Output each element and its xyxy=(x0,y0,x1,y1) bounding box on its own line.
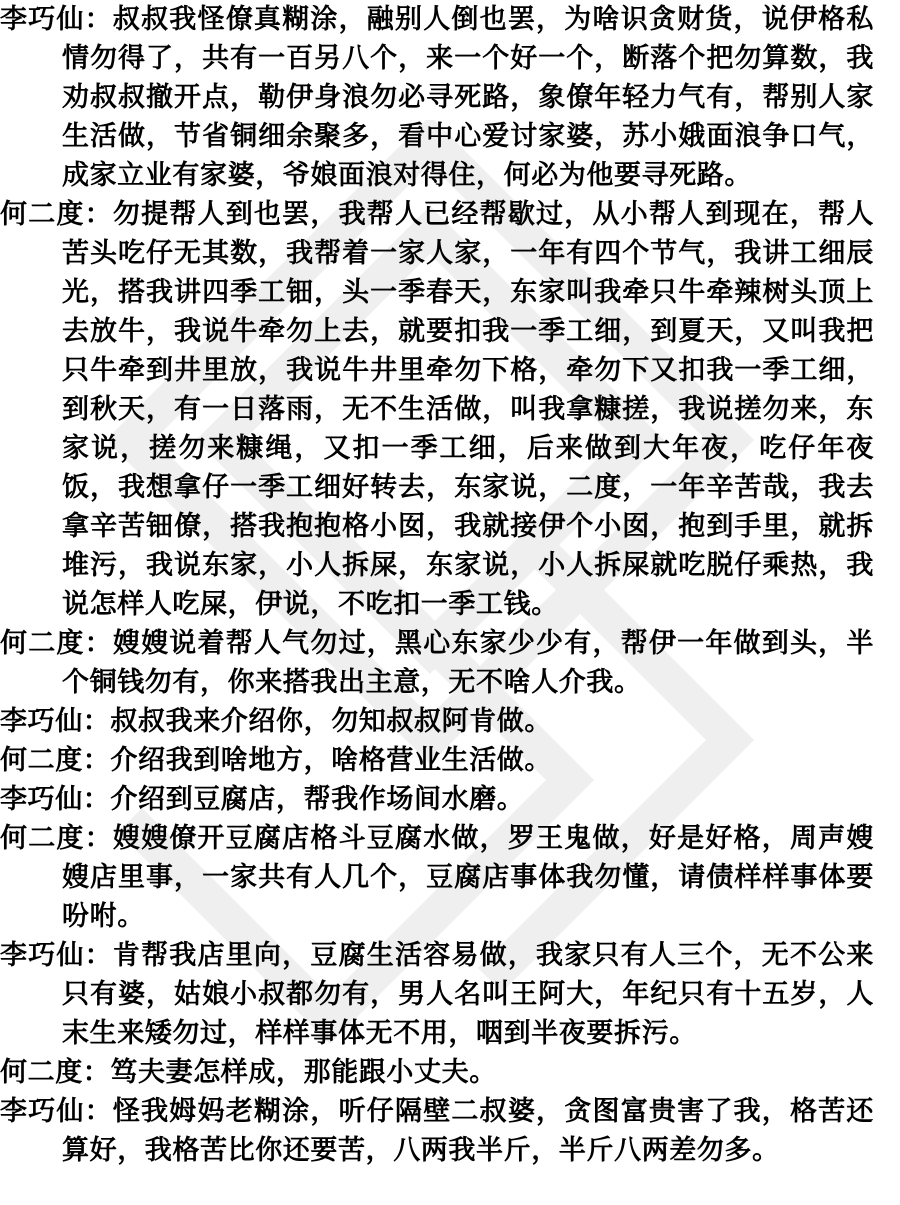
dialogue-line: 李巧仙：怪我姆妈老糊涂，听仔隔壁二叔婆，贪图富贵害了我，格苦还算好，我格苦比你还… xyxy=(0,1092,874,1170)
dialogue-line: 李巧仙：叔叔我怪僚真糊涂，融别人倒也罢，为啥识贪财货，说伊格私情勿得了，共有一百… xyxy=(0,0,874,195)
dialogue-text: 嫂嫂说着帮人气勿过，黑心东家少少有，帮伊一年做到头，半个铜钱勿有，你来搭我出主意… xyxy=(62,628,874,698)
dialogue-line: 何二度：介绍我到啥地方，啥格营业生活做。 xyxy=(0,741,874,780)
dialogue-line: 何二度：嫂嫂僚开豆腐店格斗豆腐水做，罗王鬼做，好是好格，周声嫂嫂店里事，一家共有… xyxy=(0,819,874,936)
dialogue-line: 李巧仙：介绍到豆腐店，帮我作场间水磨。 xyxy=(0,780,874,819)
speaker-name: 李巧仙： xyxy=(0,784,110,815)
dialogue-script: 李巧仙：叔叔我怪僚真糊涂，融别人倒也罢，为啥识贪财货，说伊格私情勿得了，共有一百… xyxy=(0,0,900,1170)
dialogue-text: 介绍到豆腐店，帮我作场间水磨。 xyxy=(110,784,524,815)
speaker-name: 李巧仙： xyxy=(0,706,110,737)
dialogue-text: 叔叔我来介绍你，勿知叔叔阿肯做。 xyxy=(110,706,552,737)
dialogue-text: 介绍我到啥地方，啥格营业生活做。 xyxy=(110,745,552,776)
dialogue-text: 嫂嫂僚开豆腐店格斗豆腐水做，罗王鬼做，好是好格，周声嫂嫂店里事，一家共有人几个，… xyxy=(62,823,874,932)
speaker-name: 何二度： xyxy=(0,199,113,230)
dialogue-line: 李巧仙：叔叔我来介绍你，勿知叔叔阿肯做。 xyxy=(0,702,874,741)
dialogue-line: 何二度：嫂嫂说着帮人气勿过，黑心东家少少有，帮伊一年做到头，半个铜钱勿有，你来搭… xyxy=(0,624,874,702)
speaker-name: 何二度： xyxy=(0,823,113,854)
speaker-name: 何二度： xyxy=(0,628,113,659)
speaker-name: 李巧仙： xyxy=(0,1096,113,1127)
dialogue-line: 何二度：笃夫妻怎样成，那能跟小丈夫。 xyxy=(0,1053,874,1092)
speaker-name: 李巧仙： xyxy=(0,940,113,971)
speaker-name: 何二度： xyxy=(0,745,110,776)
speaker-name: 何二度： xyxy=(0,1057,110,1088)
dialogue-text: 笃夫妻怎样成，那能跟小丈夫。 xyxy=(110,1057,496,1088)
dialogue-text: 勿提帮人到也罢，我帮人已经帮歇过，从小帮人到现在，帮人苦头吃仔无其数，我帮着一家… xyxy=(62,199,874,620)
dialogue-line: 何二度：勿提帮人到也罢，我帮人已经帮歇过，从小帮人到现在，帮人苦头吃仔无其数，我… xyxy=(0,195,874,624)
speaker-name: 李巧仙： xyxy=(0,4,113,35)
dialogue-line: 李巧仙：肯帮我店里向，豆腐生活容易做，我家只有人三个，无不公来只有婆，姑娘小叔都… xyxy=(0,936,874,1053)
dialogue-text: 叔叔我怪僚真糊涂，融别人倒也罢，为啥识贪财货，说伊格私情勿得了，共有一百另八个，… xyxy=(62,4,874,191)
dialogue-text: 肯帮我店里向，豆腐生活容易做，我家只有人三个，无不公来只有婆，姑娘小叔都勿有，男… xyxy=(62,940,874,1049)
dialogue-text: 怪我姆妈老糊涂，听仔隔壁二叔婆，贪图富贵害了我，格苦还算好，我格苦比你还要苦，八… xyxy=(62,1096,874,1166)
